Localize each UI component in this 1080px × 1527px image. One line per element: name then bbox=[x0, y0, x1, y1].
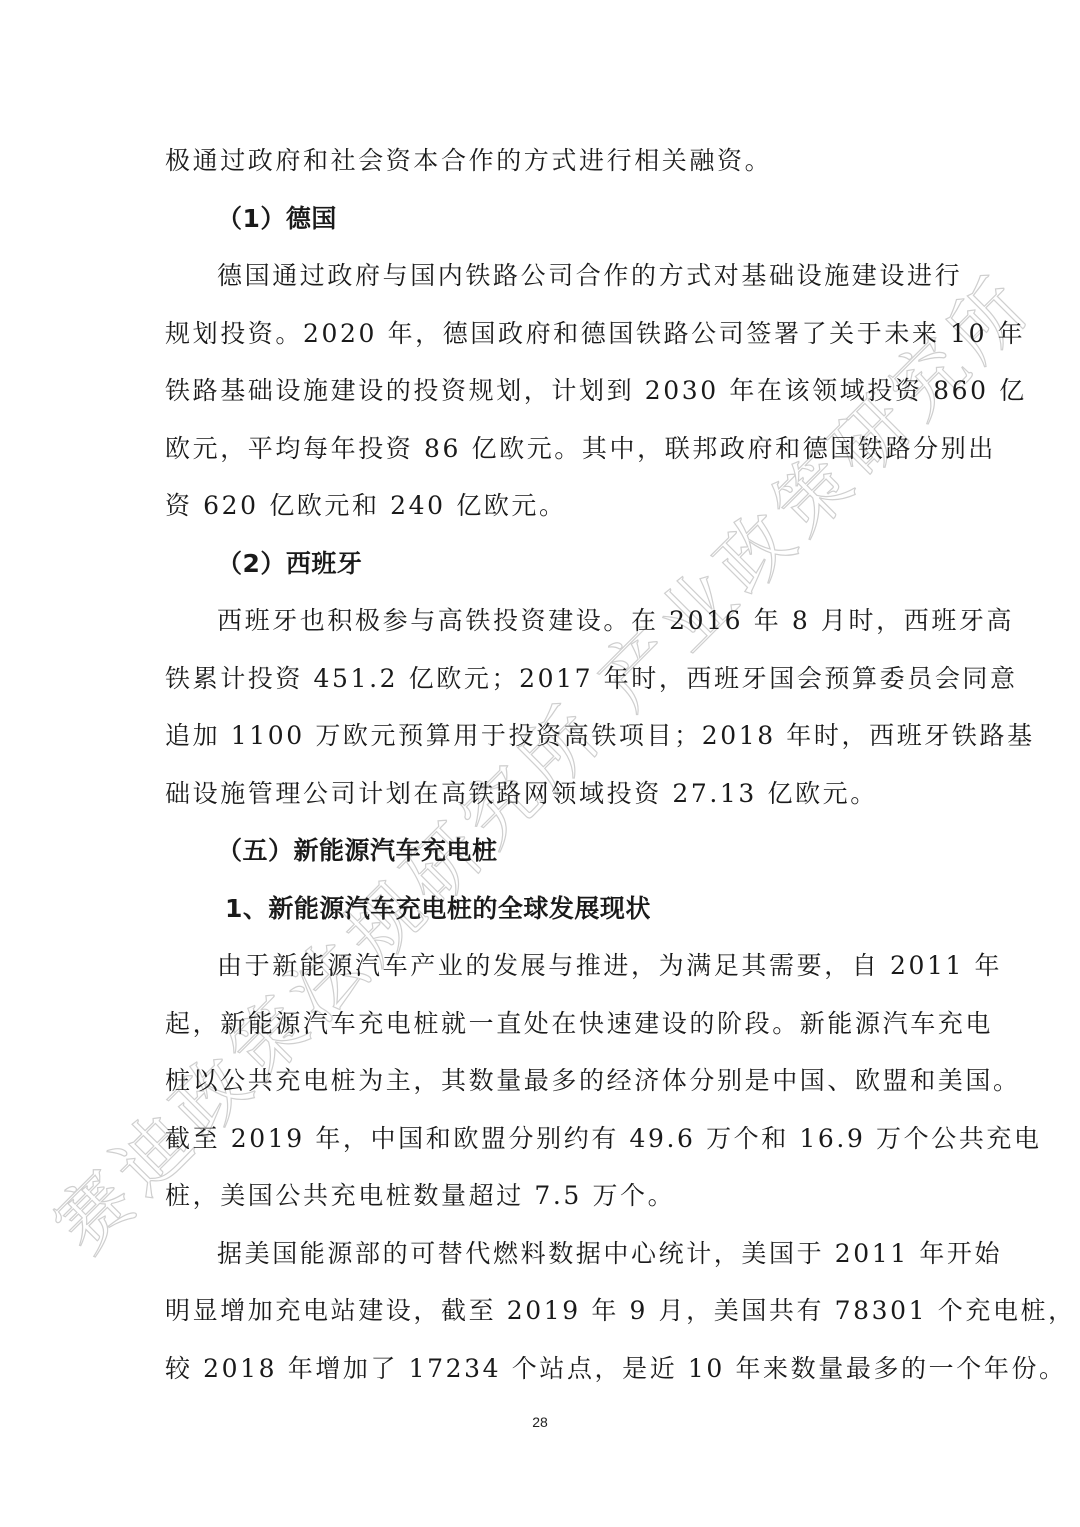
paragraph-ev-1: 由于新能源汽车产业的发展与推进，为满足其需要，自 2011 年 起，新能源汽车充… bbox=[165, 943, 917, 1231]
paragraph-line: 欧元，平均每年投资 86 亿欧元。其中，联邦政府和德国铁路分别出 bbox=[165, 426, 917, 484]
paragraph-ev-2: 据美国能源部的可替代燃料数据中心统计，美国于 2011 年开始 明显增加充电站建… bbox=[165, 1231, 917, 1404]
paragraph-spain: 西班牙也积极参与高铁投资建设。在 2016 年 8 月时，西班牙高 铁累计投资 … bbox=[165, 598, 917, 828]
paragraph-line: 较 2018 年增加了 17234 个站点，是近 10 年来数量最多的一个年份。 bbox=[165, 1346, 917, 1404]
page-number: 28 bbox=[0, 1414, 1080, 1430]
paragraph-line: 德国通过政府与国内铁路公司合作的方式对基础设施建设进行 bbox=[165, 253, 917, 311]
paragraph-line: 桩，美国公共充电桩数量超过 7.5 万个。 bbox=[165, 1173, 917, 1231]
paragraph-line: 起，新能源汽车充电桩就一直处在快速建设的阶段。新能源汽车充电 bbox=[165, 1001, 917, 1059]
paragraph-line: 铁路基础设施建设的投资规划，计划到 2030 年在该领域投资 860 亿 bbox=[165, 368, 917, 426]
section-heading-ev-charging: （五）新能源汽车充电桩 bbox=[165, 828, 917, 886]
section-heading-spain: （2）西班牙 bbox=[165, 541, 917, 599]
paragraph-line: 据美国能源部的可替代燃料数据中心统计，美国于 2011 年开始 bbox=[165, 1231, 917, 1289]
section-heading-germany: （1）德国 bbox=[165, 196, 917, 254]
paragraph-line: 桩以公共充电桩为主，其数量最多的经济体分别是中国、欧盟和美国。 bbox=[165, 1058, 917, 1116]
paragraph-line: 极通过政府和社会资本合作的方式进行相关融资。 bbox=[165, 138, 917, 196]
paragraph-line: 明显增加充电站建设，截至 2019 年 9 月，美国共有 78301 个充电桩， bbox=[165, 1288, 917, 1346]
paragraph-line: 规划投资。2020 年，德国政府和德国铁路公司签署了关于未来 10 年 bbox=[165, 311, 917, 369]
body-text: 极通过政府和社会资本合作的方式进行相关融资。 （1）德国 德国通过政府与国内铁路… bbox=[165, 138, 917, 1403]
paragraph-line: 截至 2019 年，中国和欧盟分别约有 49.6 万个和 16.9 万个公共充电 bbox=[165, 1116, 917, 1174]
paragraph-line: 铁累计投资 451.2 亿欧元；2017 年时，西班牙国会预算委员会同意 bbox=[165, 656, 917, 714]
paragraph-line: 资 620 亿欧元和 240 亿欧元。 bbox=[165, 483, 917, 541]
document-page: 赛迪政策法规研究所 产业政策研究所 极通过政府和社会资本合作的方式进行相关融资。… bbox=[0, 0, 1080, 1527]
paragraph-line: 础设施管理公司计划在高铁路网领域投资 27.13 亿欧元。 bbox=[165, 771, 917, 829]
paragraph-germany: 德国通过政府与国内铁路公司合作的方式对基础设施建设进行 规划投资。2020 年，… bbox=[165, 253, 917, 541]
subsection-heading-global-status: 1、新能源汽车充电桩的全球发展现状 bbox=[165, 886, 917, 944]
paragraph-line: 由于新能源汽车产业的发展与推进，为满足其需要，自 2011 年 bbox=[165, 943, 917, 1001]
paragraph-line: 西班牙也积极参与高铁投资建设。在 2016 年 8 月时，西班牙高 bbox=[165, 598, 917, 656]
paragraph-line: 追加 1100 万欧元预算用于投资高铁项目；2018 年时，西班牙铁路基 bbox=[165, 713, 917, 771]
